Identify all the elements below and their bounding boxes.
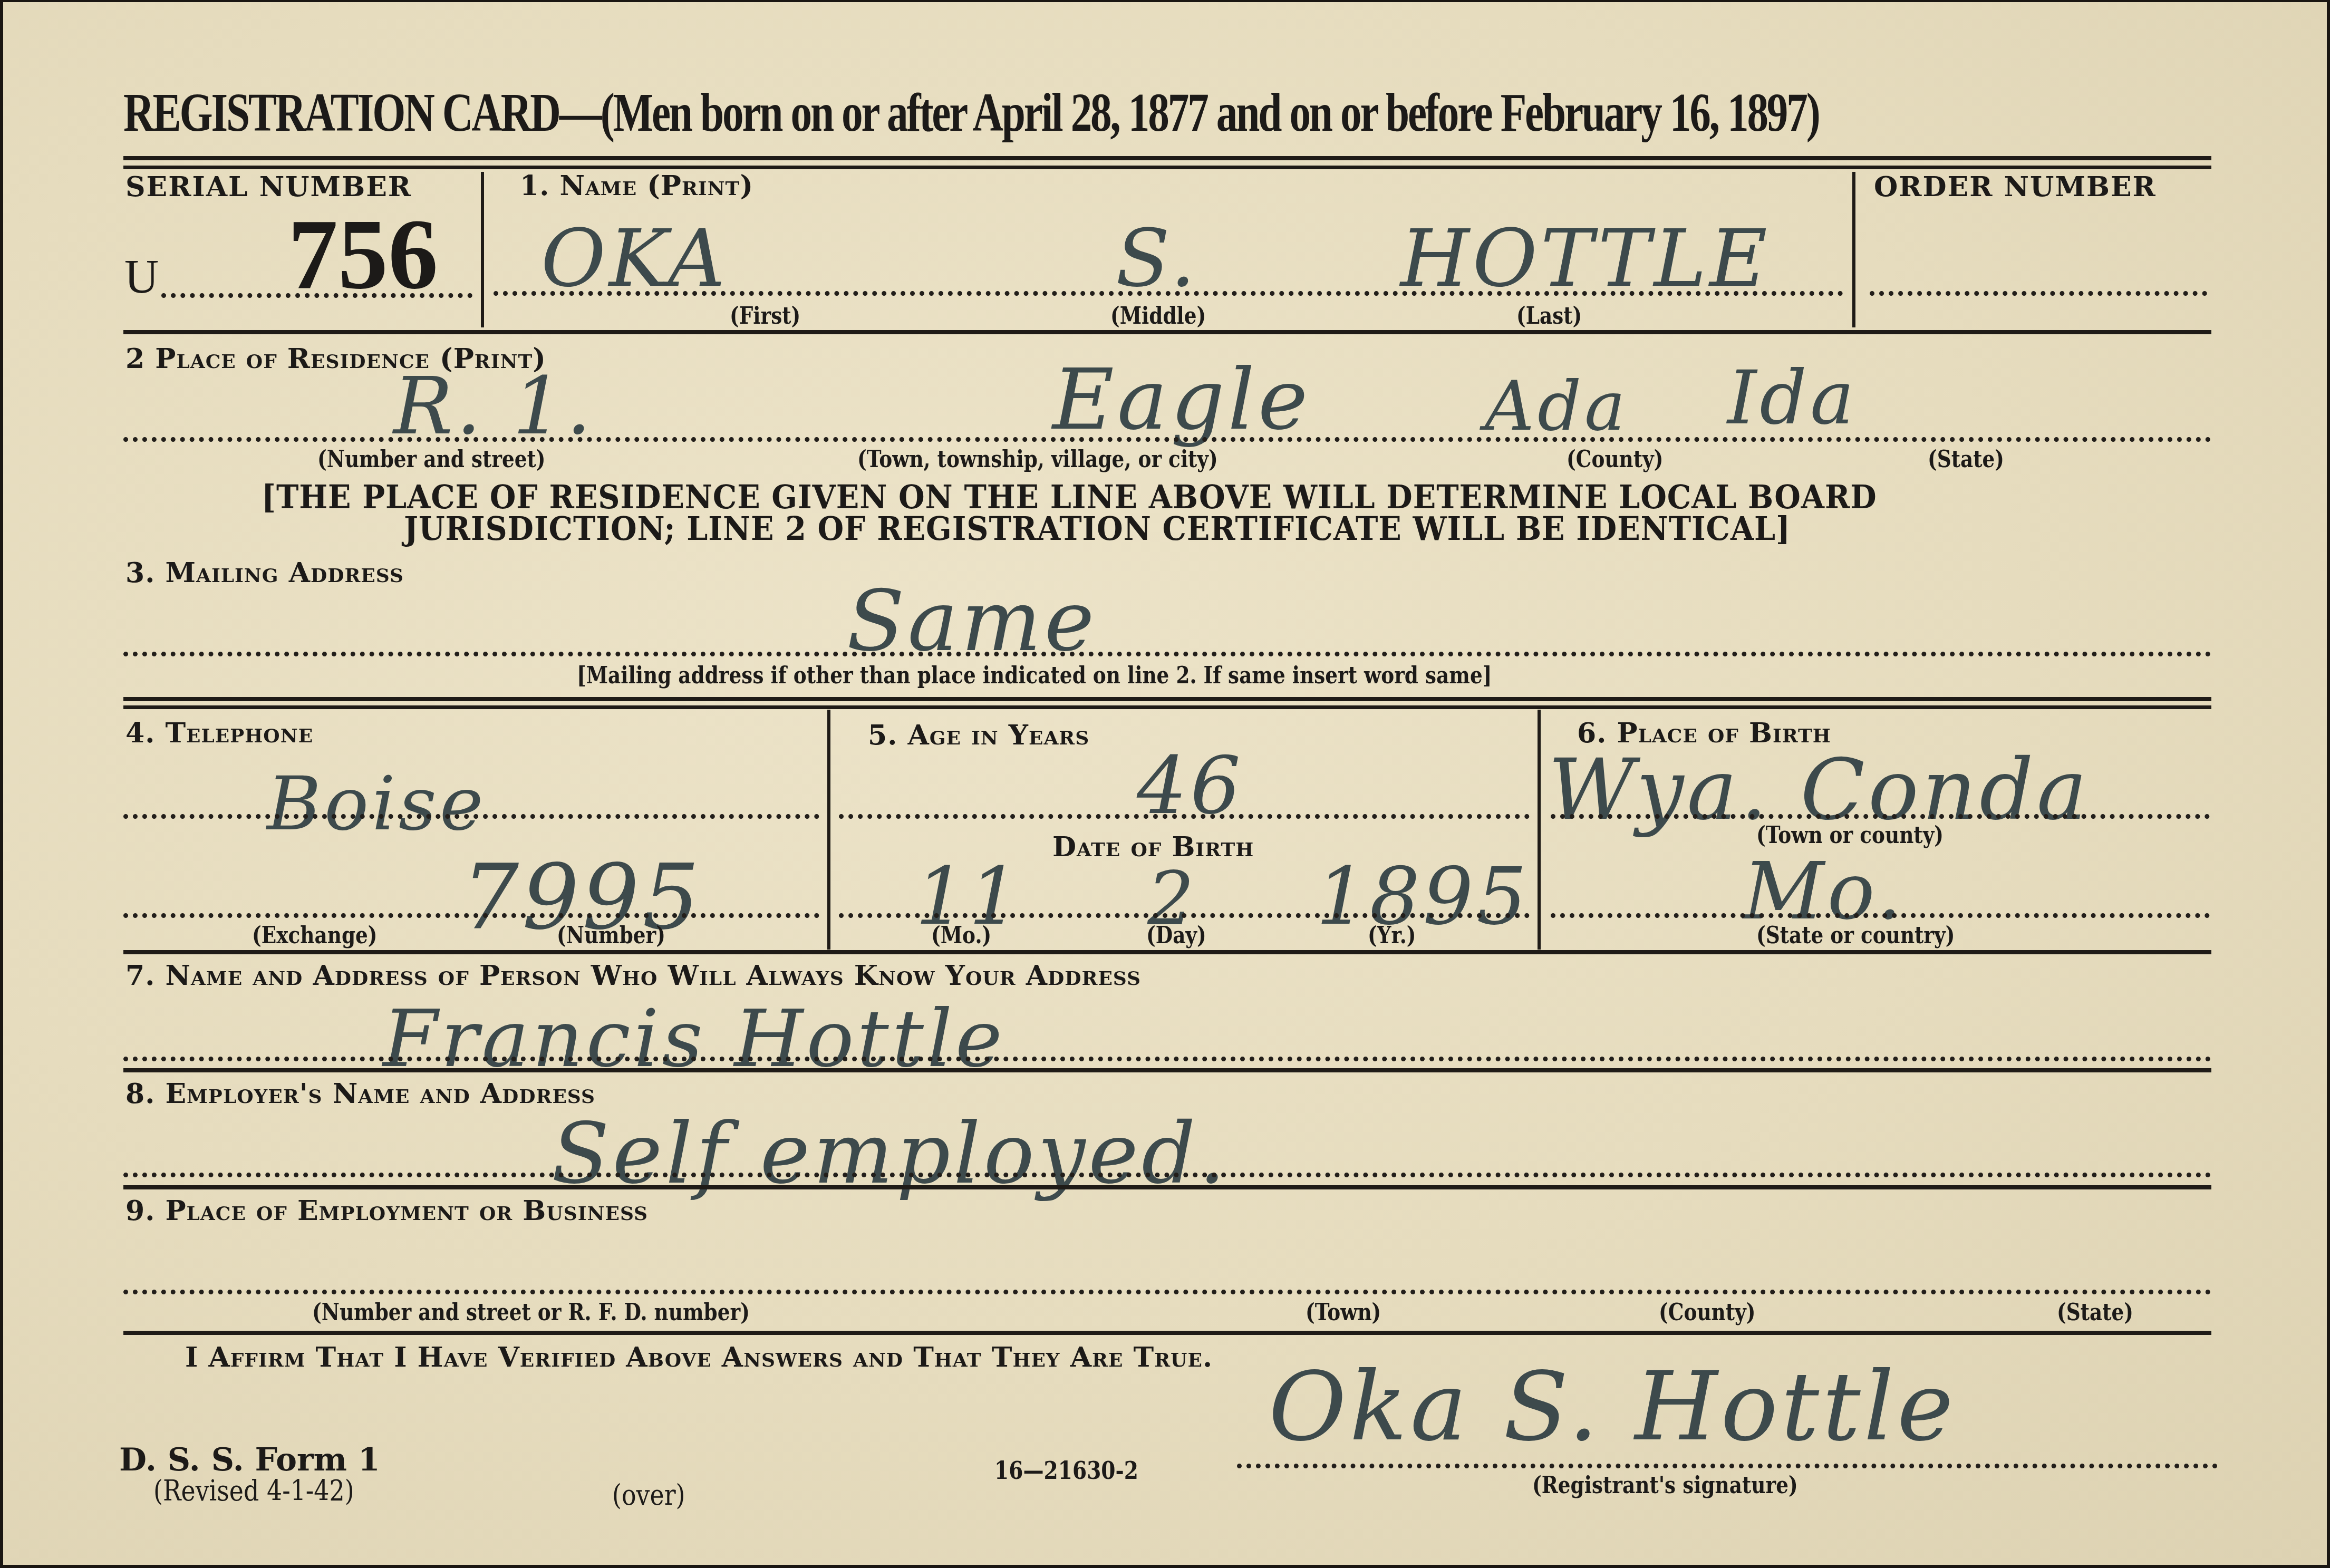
dob-year-caption: (Yr.): [1368, 922, 1416, 949]
employment-state-caption: (State): [2057, 1299, 2133, 1326]
form-name: D. S. S. Form 1: [119, 1441, 380, 1478]
row8-bottom-rule: [123, 1185, 2211, 1189]
top-rule-2: [123, 166, 2211, 169]
serial-divider: [481, 172, 484, 327]
employment-street-caption: (Number and street or R. F. D. number): [312, 1299, 750, 1326]
name-label: 1. Name (Print): [520, 170, 753, 202]
print-code: 16—21630-2: [994, 1456, 1138, 1485]
telephone-number-caption: (Number): [557, 922, 665, 949]
age-line: [839, 814, 1530, 819]
employment-county-caption: (County): [1659, 1299, 1755, 1326]
telephone-exchange-line: [123, 814, 819, 819]
birthplace-town-line: [1551, 814, 2210, 819]
row7-bottom-rule: [123, 1068, 2211, 1072]
affirmation-text: I Affirm That I Have Verified Above Answ…: [185, 1341, 1213, 1373]
residence-state-caption: (State): [1928, 446, 2004, 473]
signature-caption: (Registrant's signature): [1532, 1472, 1798, 1499]
order-line[interactable]: [1870, 291, 2207, 296]
mailing-line: [123, 652, 2211, 656]
serial-prefix: U: [124, 250, 159, 304]
mailing-label: 3. Mailing Address: [125, 557, 404, 589]
telephone-exchange-caption: (Exchange): [252, 922, 378, 949]
telephone-label: 4. Telephone: [125, 717, 313, 749]
birthplace-state-line: [1551, 913, 2210, 918]
dob-month-caption: (Mo.): [931, 922, 991, 949]
row6-bottom-rule: [123, 950, 2211, 954]
birthplace-town-caption: (Town or county): [1756, 822, 1944, 849]
order-number-label: ORDER NUMBER: [1874, 171, 2157, 203]
contact-label: 7. Name and Address of Person Who Will A…: [125, 960, 1141, 992]
dob-line: [839, 913, 1530, 918]
telephone-number-line: [123, 913, 819, 918]
employment-town-caption: (Town): [1306, 1299, 1381, 1326]
telephone-divider: [827, 710, 830, 950]
signature-value[interactable]: Oka S. Hottle: [1269, 1352, 1957, 1462]
telephone-exchange-value[interactable]: Boise: [267, 761, 487, 847]
name-first-caption: (First): [730, 303, 800, 330]
residence-county-value[interactable]: Ada: [1485, 366, 1629, 446]
top-rule: [123, 156, 2211, 160]
mailing-caption: [Mailing address if other than place ind…: [577, 662, 1492, 689]
serial-line: [161, 293, 472, 298]
order-divider: [1852, 172, 1855, 327]
form-revised: (Revised 4-1-42): [153, 1474, 354, 1507]
residence-notice-line2: JURISDICTION; LINE 2 OF REGISTRATION CER…: [404, 509, 1791, 548]
row3-rule-2: [123, 705, 2211, 709]
registration-card: REGISTRATION CARD—(Men born on or after …: [3, 2, 2327, 1565]
employment-place-label: 9. Place of Employment or Business: [125, 1195, 648, 1227]
employer-line: [123, 1173, 2211, 1177]
contact-line: [123, 1057, 2211, 1061]
dob-day-caption: (Day): [1146, 922, 1206, 949]
residence-county-caption: (County): [1567, 446, 1663, 473]
employer-label: 8. Employer's Name and Address: [125, 1078, 595, 1110]
form-over: (over): [612, 1478, 685, 1512]
employment-place-line[interactable]: [123, 1290, 2211, 1294]
birthplace-state-caption: (State or country): [1756, 922, 1955, 949]
signature-line: [1237, 1464, 2218, 1468]
age-divider: [1538, 710, 1541, 950]
name-line: [494, 291, 1843, 296]
residence-line: [123, 437, 2211, 442]
card-title: REGISTRATION CARD—(Men born on or after …: [123, 81, 1819, 144]
dob-year-value[interactable]: 1895: [1316, 851, 1530, 943]
name-last-caption: (Last): [1516, 303, 1582, 330]
residence-street-caption: (Number and street): [317, 446, 546, 473]
residence-town-value[interactable]: Eagle: [1052, 350, 1311, 449]
residence-state-value[interactable]: Ida: [1727, 355, 1857, 441]
row9-bottom-rule: [123, 1331, 2211, 1335]
row1-bottom-rule: [123, 330, 2211, 334]
age-label: 5. Age in Years: [868, 719, 1089, 751]
residence-town-caption: (Town, township, village, or city): [857, 446, 1218, 473]
row3-rule-1: [123, 697, 2211, 701]
name-middle-caption: (Middle): [1110, 303, 1206, 330]
